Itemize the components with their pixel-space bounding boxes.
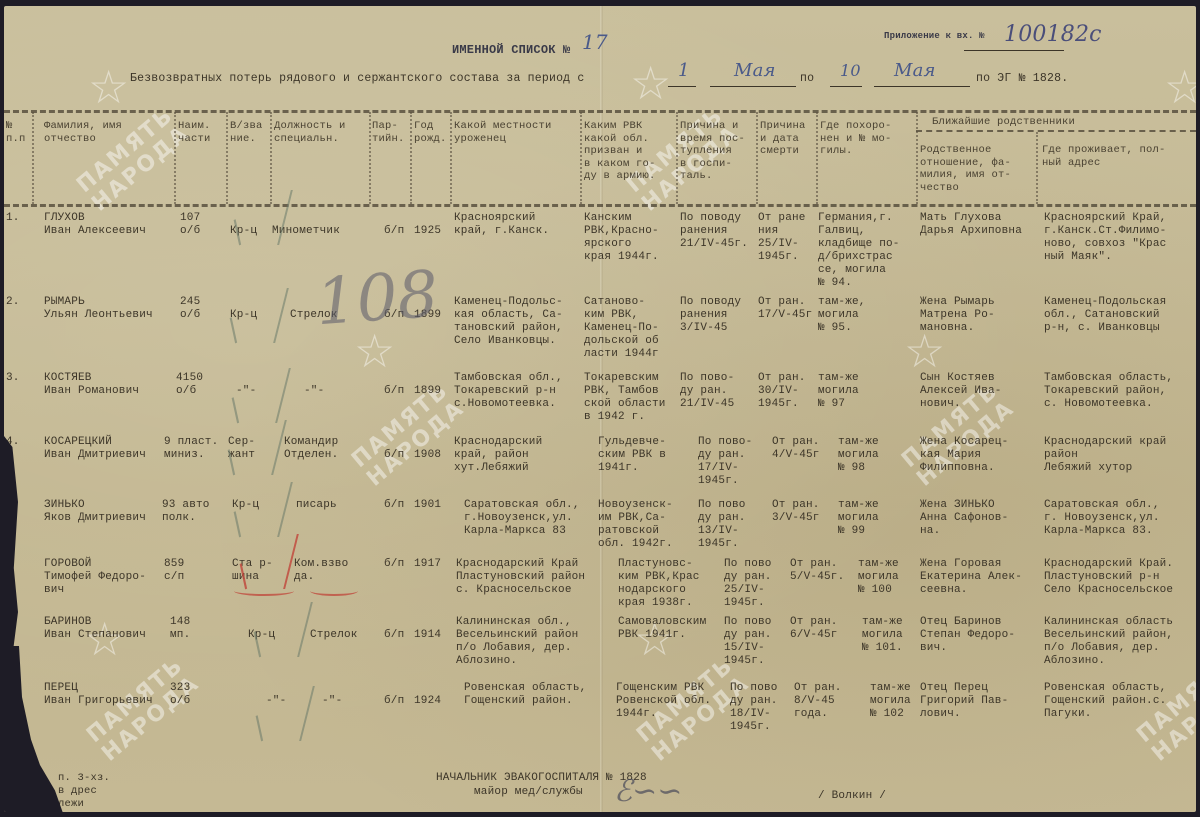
- footer-left-note: п. 3-хз. в дрес лежи: [58, 772, 110, 811]
- cell-party: б/п: [384, 558, 404, 571]
- period-to-day: 10: [840, 64, 861, 77]
- cell-hospital-reason: По пово- ду ран. 17/IV- 1945г.: [698, 436, 752, 488]
- cell-hospital-reason: По пово ду ран. 25/IV- 1945г.: [724, 558, 772, 610]
- cell-hospital-reason: По поводу ранения 21/IV-45г.: [680, 212, 748, 251]
- cell-relative-address: Калининская область Весельинский район, …: [1044, 616, 1173, 668]
- header-relative-address: Где проживает, пол- ный адрес: [1042, 144, 1166, 169]
- cell-death-reason: От ран. 17/V-45г: [758, 296, 812, 322]
- cell-num: 1.: [6, 212, 20, 225]
- cell-relative-name: Мать Глухова Дарья Архиповна: [920, 212, 1022, 238]
- column-divider: [174, 112, 176, 204]
- cell-relative-name: Жена Горовая Екатерина Алек- сеевна.: [920, 558, 1022, 597]
- header-relative-name: Родственное отношение, фа- милия, имя от…: [920, 144, 1011, 194]
- cell-num: 2.: [6, 296, 20, 309]
- cell-birth-year: 1899: [414, 385, 441, 398]
- cell-party: б/п: [384, 225, 404, 238]
- cell-hospital-reason: По пово- ду ран. 21/IV-45: [680, 372, 734, 411]
- cell-buried: там-же могила № 99: [838, 499, 879, 538]
- watermark-text: ПАМЯТЬ НАРОДА: [82, 653, 204, 766]
- cell-relative-name: Отец Перец Григорий Пав- лович.: [920, 682, 1008, 721]
- column-divider: [916, 112, 918, 204]
- column-divider: [32, 112, 34, 204]
- signature-name: / Волкин /: [818, 790, 886, 803]
- cell-drafted: Самоваловским РВК 1941г.: [618, 616, 706, 642]
- cell-death-reason: От ран. 3/V-45г: [772, 499, 820, 525]
- cell-name: БАРИНОВ Иван Степанович: [44, 616, 146, 642]
- cell-buried: там-же могила № 102: [870, 682, 911, 721]
- cell-buried: там-же могила № 100: [858, 558, 899, 597]
- cell-drafted: Гощенским РВК Ровенской обл. 1944г.: [616, 682, 711, 721]
- cell-buried: Германия,г. Галвиц, кладбище по- д/брихс…: [818, 212, 900, 290]
- cell-drafted: Пластуновс- ким РВК,Крас нодарского края…: [618, 558, 700, 610]
- cell-birth-year: 1925: [414, 225, 441, 238]
- cell-buried: там-же, могила № 95.: [818, 296, 866, 335]
- stamp-number: 100182с: [1004, 28, 1102, 41]
- cell-party: б/п: [384, 695, 404, 708]
- header-num: № п.п: [6, 120, 26, 145]
- cell-relative-name: Жена ЗИНЬКО Анна Сафонов- на.: [920, 499, 1008, 538]
- cell-position: -"-: [304, 385, 324, 398]
- header-relatives: Ближайшие родственники: [932, 116, 1075, 129]
- cell-name: ЗИНЬКО Яков Дмитриевич: [44, 499, 146, 525]
- cell-birthplace: Тамбовская обл., Токаревский р-н с.Новом…: [454, 372, 563, 411]
- checkmark-icon: [243, 288, 289, 343]
- header-birthplace: Какой местности уроженец: [454, 120, 552, 145]
- handwritten-margin-number: 108: [314, 258, 441, 340]
- column-divider: [369, 112, 371, 204]
- signature-rank: майор мед/службы: [474, 786, 583, 799]
- cell-party: б/п: [384, 629, 404, 642]
- column-divider: [756, 112, 758, 204]
- period-to-word: по: [800, 72, 814, 85]
- cell-name: КОСТЯЕВ Иван Романович: [44, 372, 139, 398]
- header-rank: В/зва ние.: [230, 120, 263, 145]
- cell-birthplace: Красноярский край, г.Канск.: [454, 212, 549, 238]
- cell-birth-year: 1924: [414, 695, 441, 708]
- header-party: Пар- тийн.: [372, 120, 405, 145]
- cell-relative-address: Краснодарский край район Лебяжий хутор: [1044, 436, 1166, 475]
- header-position: Должность и специальн.: [274, 120, 346, 145]
- header-unit: Наим. части: [178, 120, 211, 145]
- cell-birthplace: Краснодарский Край Пластуновский район с…: [456, 558, 585, 597]
- header-death-reason: Причина и дата смерти: [760, 120, 806, 158]
- header-hospital-reason: Причина и время пос- тупления в госпи- т…: [680, 120, 745, 183]
- column-divider: [410, 112, 412, 204]
- cell-death-reason: От ран. 4/V-45г: [772, 436, 820, 462]
- cell-name: ГОРОВОЙ Тимофей Федоро- вич: [44, 558, 146, 597]
- list-number: 17: [582, 36, 608, 49]
- cell-death-reason: От ран. 6/V-45г: [790, 616, 838, 642]
- header-drafted: Каким РВК какой обл. призван и в каком г…: [584, 120, 656, 183]
- cell-name: КОСАРЕЦКИЙ Иван Дмитриевич: [44, 436, 146, 462]
- list-title: ИМЕННОЙ СПИСОК №: [452, 44, 570, 57]
- cell-position: Стрелок: [310, 629, 358, 642]
- cell-unit: 93 авто полк.: [162, 499, 210, 525]
- cell-death-reason: От ран. 5/V-45г.: [790, 558, 844, 584]
- cell-drafted: Токаревским РВК, Тамбов ской области в 1…: [584, 372, 666, 424]
- cell-position: Командир Отделен.: [284, 436, 338, 462]
- torn-edge: [4, 646, 64, 812]
- checkmark-icon: [267, 602, 313, 657]
- cell-buried: там-же могила № 97: [818, 372, 859, 411]
- cell-relative-address: Красноярский Край, г.Канск.Ст.Филимо- но…: [1044, 212, 1166, 264]
- period-from-day: 1: [678, 64, 690, 77]
- stamp-underline: [964, 50, 1064, 51]
- cell-death-reason: От ран. 8/V-45 года.: [794, 682, 842, 721]
- period-to-month: Мая: [894, 64, 936, 77]
- signature-scribble: ℰ∽∽: [614, 774, 682, 809]
- red-checkmark-icon: [253, 534, 299, 589]
- cell-hospital-reason: По пово ду ран. 18/IV- 1945г.: [730, 682, 778, 734]
- cell-unit: 107 о/б: [180, 212, 200, 238]
- cell-position: Ком.взво да.: [294, 558, 348, 584]
- cell-relative-address: Тамбовская область, Токаревский район, с…: [1044, 372, 1173, 411]
- cell-drafted: Новоузенск- им РВК,Са- ратовской обл. 19…: [598, 499, 673, 551]
- stamp-prefix: Приложение к вх. №: [884, 30, 985, 43]
- cell-position: -"-: [322, 695, 342, 708]
- cell-unit: 245 о/б: [180, 296, 200, 322]
- cell-name: РЫМАРЬ Ульян Леонтьевич: [44, 296, 153, 322]
- cell-death-reason: От ран. 30/IV- 1945г.: [758, 372, 806, 411]
- cell-num: 3.: [6, 372, 20, 385]
- subtitle: Безвозвратных потерь рядового и сержантс…: [130, 72, 584, 85]
- checkmark-icon: [247, 482, 293, 537]
- column-divider: [580, 112, 582, 204]
- cell-relative-name: Сын Костяев Алексей Ива- нович.: [920, 372, 1002, 411]
- cell-unit: 859 с/п: [164, 558, 184, 584]
- cell-buried: там-же могила № 98: [838, 436, 879, 475]
- cell-relative-address: Саратовская обл., г. Новоузенск,ул. Карл…: [1044, 499, 1160, 538]
- column-divider: [226, 112, 228, 204]
- cell-buried: там-же могила № 101.: [862, 616, 903, 655]
- cell-death-reason: От ране ния 25/IV- 1945г.: [758, 212, 806, 264]
- cell-birthplace: Ровенская область, Гощенский район.: [464, 682, 586, 708]
- column-divider: [816, 112, 818, 204]
- relatives-subheader-rule: [916, 130, 1196, 132]
- checkmark-icon: [245, 368, 291, 423]
- cell-unit: 9 пласт. миниз.: [164, 436, 218, 462]
- red-mark: [234, 586, 294, 596]
- watermark-text: ПАМЯТЬ НАРОДА: [347, 378, 469, 491]
- cell-birthplace: Краснодарский край, район хут.Лебяжий: [454, 436, 542, 475]
- cell-birthplace: Каменец-Подольс- кая область, Са- тановс…: [454, 296, 563, 348]
- cell-name: ГЛУХОВ Иван Алексеевич: [44, 212, 146, 238]
- underline: [874, 86, 970, 87]
- document-page: ☆ ☆ ☆ ☆ ☆ ☆ ☆ ПАМЯТЬ НАРОДА ПАМЯТЬ НАРОД…: [4, 6, 1196, 812]
- period-from-month: Мая: [734, 64, 776, 77]
- star-watermark-icon: ☆: [88, 64, 129, 110]
- cell-hospital-reason: По поводу ранения 3/IV-45: [680, 296, 741, 335]
- star-watermark-icon: ☆: [630, 60, 671, 106]
- checkmark-icon: [241, 420, 287, 475]
- column-divider: [676, 112, 678, 204]
- cell-relative-address: Каменец-Подольская обл., Сатановский р-н…: [1044, 296, 1166, 335]
- cell-drafted: Канским РВК,Красно- ярского края 1944г.: [584, 212, 659, 264]
- cell-birth-year: 1914: [414, 629, 441, 642]
- cell-party: б/п: [384, 385, 404, 398]
- subtitle-suffix: по ЭГ № 1828.: [976, 72, 1068, 85]
- cell-relative-name: Жена Косарец- кая Мария Филипповна.: [920, 436, 1008, 475]
- underline: [668, 86, 696, 87]
- header-bottom-rule: [4, 204, 1196, 207]
- cell-drafted: Гульдевче- ским РВК в 1941г.: [598, 436, 666, 475]
- cell-relative-name: Жена Рымарь Матрена Ро- мановна.: [920, 296, 995, 335]
- column-divider: [1036, 132, 1038, 204]
- cell-birth-year: 1917: [414, 558, 441, 571]
- header-name: Фамилия, имя отчество: [44, 120, 122, 145]
- red-mark: [310, 586, 358, 596]
- cell-birthplace: Саратовская обл., г.Новоузенск,ул. Карла…: [464, 499, 580, 538]
- underline: [830, 86, 862, 87]
- cell-party: б/п: [384, 499, 404, 512]
- cell-party: б/п: [384, 449, 404, 462]
- column-divider: [450, 112, 452, 204]
- cell-position: писарь: [296, 499, 337, 512]
- cell-unit: 148 мп.: [170, 616, 190, 642]
- cell-relative-name: Отец Баринов Степан Федоро- вич.: [920, 616, 1015, 655]
- header-buried: Где похоро- нен и № мо- гилы.: [820, 120, 892, 158]
- cell-birth-year: 1901: [414, 499, 441, 512]
- cell-unit: 323 о/б: [170, 682, 190, 708]
- cell-unit: 4150 о/б: [176, 372, 203, 398]
- star-watermark-icon: ☆: [1164, 64, 1196, 110]
- torn-edge: [4, 436, 18, 656]
- table-top-rule: [4, 110, 1196, 113]
- cell-birthplace: Калининская обл., Весельинский район п/о…: [456, 616, 578, 668]
- underline: [710, 86, 796, 87]
- cell-drafted: Сатаново- ким РВК, Каменец-По- дольской …: [584, 296, 659, 361]
- cell-relative-address: Ровенская область, Гощенский район.с. Па…: [1044, 682, 1166, 721]
- cell-hospital-reason: По пово ду ран. 13/IV- 1945г.: [698, 499, 746, 551]
- cell-birth-year: 1908: [414, 449, 441, 462]
- cell-name: ПЕРЕЦ Иван Григорьевич: [44, 682, 153, 708]
- cell-relative-address: Краснодарский Край. Пластуновский р-н Се…: [1044, 558, 1173, 597]
- cell-hospital-reason: По пово ду ран. 15/IV- 1945г.: [724, 616, 772, 668]
- header-birth-year: Год рожд.: [414, 120, 447, 145]
